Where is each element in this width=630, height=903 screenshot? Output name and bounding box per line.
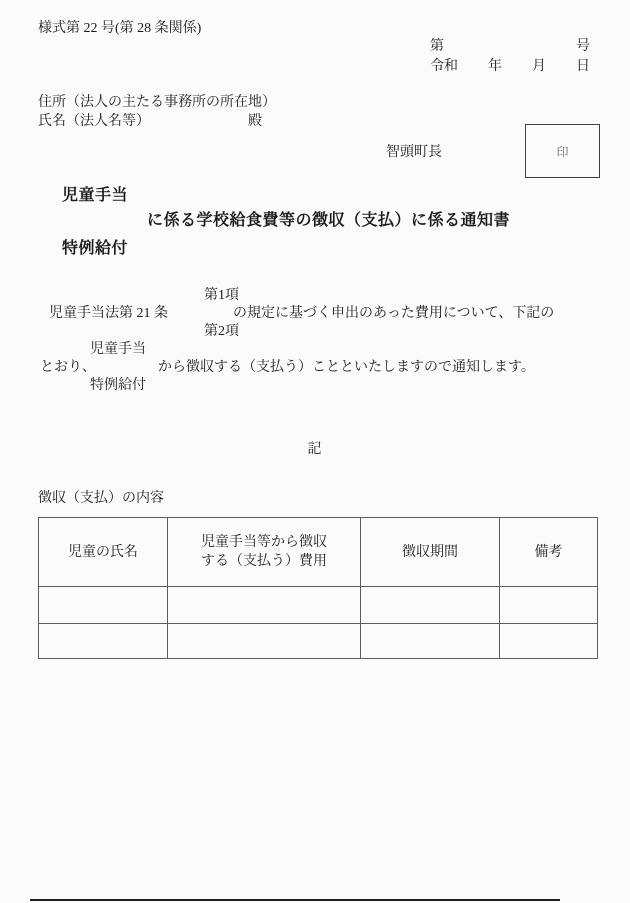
table-cell [500,587,598,624]
addressee-address-label: 住所（法人の主たる事務所の所在地） [38,95,276,110]
clause-option-paragraph2: 第2項 [204,324,239,339]
table-cell [361,587,500,624]
table-cell [168,624,361,659]
form-number: 様式第 22 号(第 28 条関係) [38,21,201,36]
page-title: に係る学校給食費等の徴収（支払）に係る通知書 [147,212,510,229]
table-cell [39,587,168,624]
header-collected-cost: 児童手当等から徴収 する（支払う）費用 [168,518,361,587]
title-option-special-benefit: 特例給付 [62,240,128,257]
table-row [39,587,598,624]
addressee-name-line: 氏名（法人名等） 殿 [38,114,358,129]
addressee-name-label: 氏名（法人名等） [38,114,150,129]
doc-number-prefix: 第 [430,39,444,54]
seal-box: 印 [525,124,600,178]
benefit-option-special-benefit: 特例給付 [90,378,146,393]
page-bottom-scan-edge [30,899,560,901]
doc-number-line: 第 号 [430,39,590,54]
honorific-label: 殿 [248,114,262,129]
doc-number-suffix: 号 [576,39,590,54]
month-label: 月 [532,59,546,74]
header-collection-period: 徴収期間 [361,518,500,587]
table-cell [168,587,361,624]
notification-form-page: { "document": { "form_number": "様式第 22 号… [0,0,630,903]
benefit-option-child-allowance: 児童手当 [90,342,146,357]
table-caption: 徴収（支払）の内容 [38,491,164,506]
table-row [39,624,598,659]
body-sentence2-left: とおり、 [40,360,96,375]
year-label: 年 [488,59,502,74]
day-label: 日 [576,59,590,74]
header-child-name: 児童の氏名 [39,518,168,587]
seal-placeholder-label: 印 [556,143,568,160]
era-label: 令和 [430,59,458,74]
date-line: 令和 年 月 日 [430,59,590,74]
table-cell [500,624,598,659]
body-sentence2-right: から徴収する（支払う）ことといたしますので通知します。 [158,360,535,375]
table-cell [361,624,500,659]
title-option-child-allowance: 児童手当 [62,187,128,204]
table-header-row: 児童の氏名 児童手当等から徴収 する（支払う）費用 徴収期間 備考 [39,518,598,587]
header-remarks: 備考 [500,518,598,587]
issuer-title: 智頭町長 [386,145,442,160]
body-sentence1-right: の規定に基づく申出のあった費用について、下記の [233,306,554,321]
record-marker: 記 [0,438,630,458]
table-cell [39,624,168,659]
clause-option-paragraph1: 第1項 [204,288,239,303]
body-sentence1-left: 児童手当法第 21 条 [49,306,168,321]
charge-table: 児童の氏名 児童手当等から徴収 する（支払う）費用 徴収期間 備考 [38,517,598,659]
